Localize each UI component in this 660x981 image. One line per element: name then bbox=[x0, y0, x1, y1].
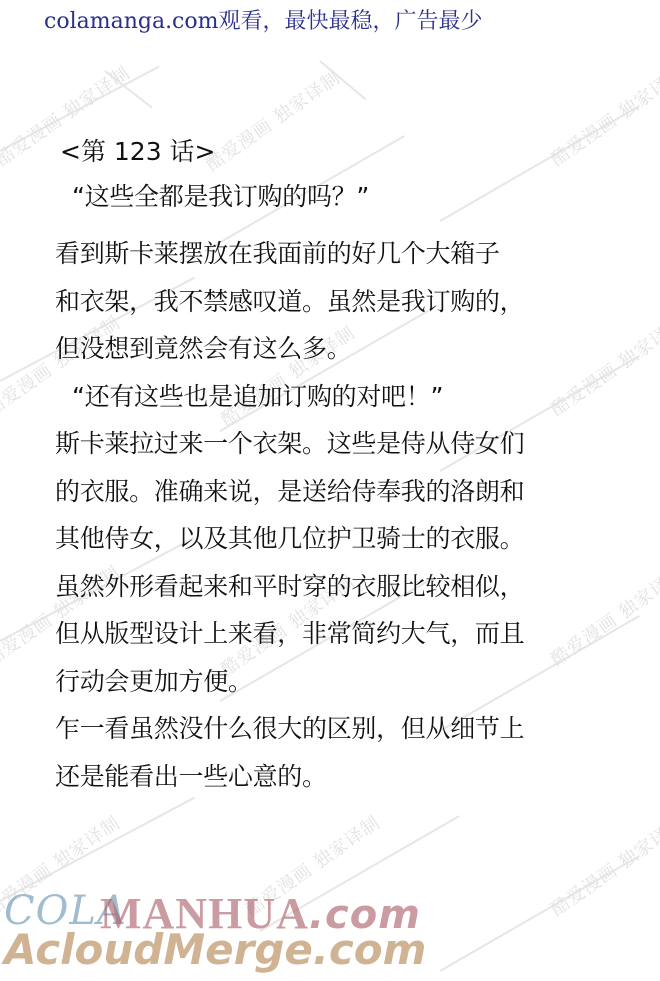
text-line: “这些全都是我订购的吗？” bbox=[55, 177, 635, 217]
brand-watermark-manhua-suffix: .com bbox=[309, 892, 421, 938]
site-banner: colamanga.com观看，最快最稳，广告最少 bbox=[44, 6, 483, 38]
chapter-title: <第 123 话> bbox=[60, 132, 635, 172]
text-line: 的衣服。准确来说，是送给侍奉我的洛朗和 bbox=[55, 468, 635, 516]
text-line: 行动会更加方便。 bbox=[55, 658, 635, 706]
text-line: 乍一看虽然没什么很大的区别，但从细节上 bbox=[55, 705, 635, 753]
watermark-line bbox=[440, 855, 640, 971]
text-line: 其他侍女，以及其他几位护卫骑士的衣服。 bbox=[55, 515, 635, 563]
text-line: 看到斯卡莱摆放在我面前的好几个大箱子 bbox=[55, 230, 635, 278]
watermark-line bbox=[320, 60, 367, 100]
watermark-line bbox=[0, 797, 195, 902]
brand-watermark-acloud: AcloudMerge.com bbox=[4, 925, 426, 974]
watermark-text: 酷爱漫画 独家译制 bbox=[0, 809, 125, 921]
text-line: 还是能看出一些心意的。 bbox=[55, 753, 635, 801]
text-line: 和衣架，我不禁感叹道。虽然是我订购的， bbox=[55, 278, 635, 326]
text-line: 但从版型设计上来看，非常简约大气，而且 bbox=[55, 610, 635, 658]
watermark-line bbox=[105, 70, 153, 108]
text-line: 虽然外形看起来和平时穿的衣服比较相似， bbox=[55, 563, 635, 611]
watermark-line bbox=[260, 815, 460, 931]
text-line: 但没想到竟然会有这么多。 bbox=[55, 325, 635, 373]
brand-watermark-manhua: MANHUA.com bbox=[100, 888, 421, 939]
chapter-content: <第 123 话> “这些全都是我订购的吗？” 看到斯卡莱摆放在我面前的好几个大… bbox=[55, 132, 635, 800]
brand-watermark-cola: COLA bbox=[4, 888, 127, 934]
text-line: 斯卡莱拉过来一个衣架。这些是侍从侍女们 bbox=[55, 420, 635, 468]
watermark-text: 酷爱漫画 独家译制 bbox=[545, 809, 660, 921]
text-line: “还有这些也是追加订购的对吧！” bbox=[55, 373, 635, 421]
brand-watermark-manhua-text: MANHUA bbox=[100, 889, 309, 938]
watermark-text: 酷爱漫画 独家译制 bbox=[240, 809, 385, 921]
